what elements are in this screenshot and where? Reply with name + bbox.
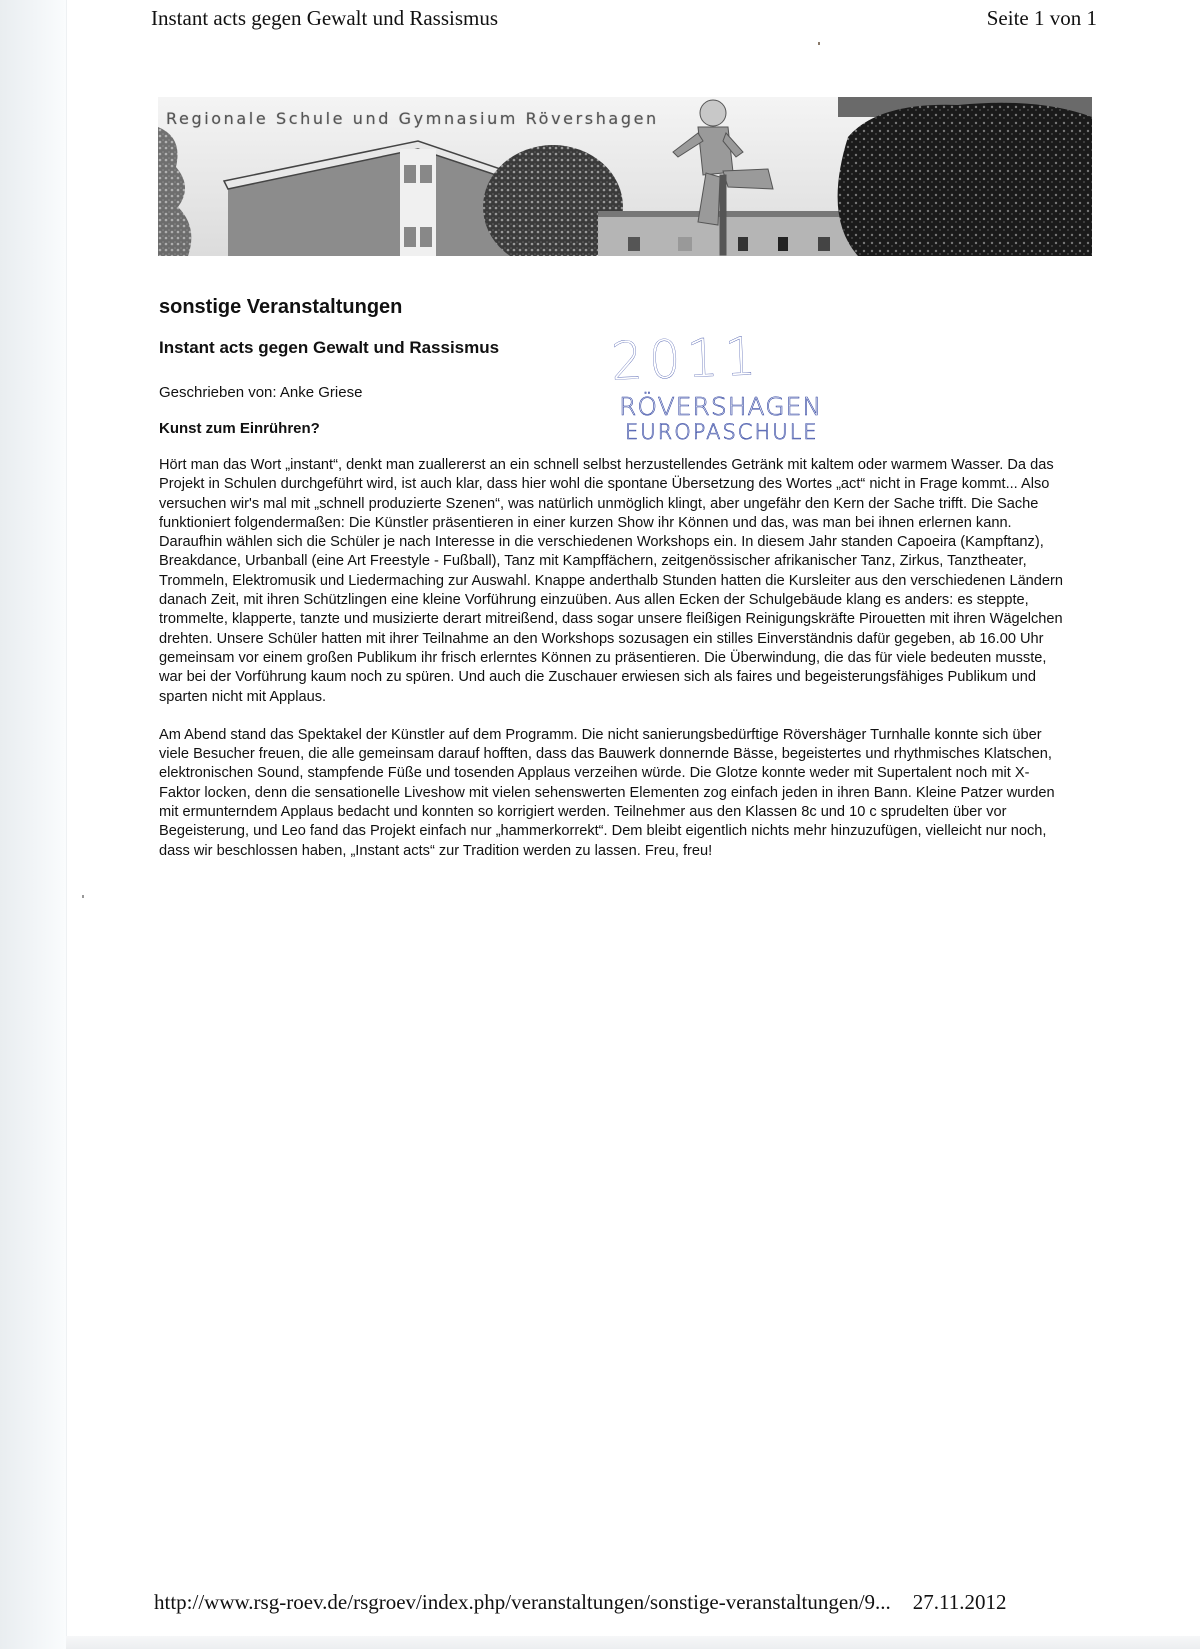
article-body: Hört man das Wort „instant“, denkt man z…	[159, 456, 1069, 880]
source-url: http://www.rsg-roev.de/rsgroev/index.php…	[154, 1590, 891, 1615]
article-lead: Kunst zum Einrühren?	[159, 420, 320, 437]
print-header-title: Instant acts gegen Gewalt und Rassismus	[151, 6, 498, 31]
scan-bottom-edge	[66, 1636, 1200, 1649]
handwritten-annotation: 2011 RÖVERSHAGEN EUROPASCHULE	[605, 330, 885, 448]
handwritten-year: 2011	[610, 326, 763, 392]
handwritten-location: RÖVERSHAGEN	[619, 392, 822, 421]
print-date: 27.11.2012	[913, 1590, 1007, 1615]
article-byline: Geschrieben von: Anke Griese	[159, 384, 362, 401]
scan-speck	[818, 42, 820, 45]
site-name: Regionale Schule und Gymnasium Rövershag…	[166, 109, 659, 128]
article-paragraph: Hört man das Wort „instant“, denkt man z…	[159, 456, 1069, 707]
article-title: Instant acts gegen Gewalt und Rassismus	[159, 338, 499, 358]
scan-speck	[82, 895, 84, 898]
site-banner: Regionale Schule und Gymnasium Rövershag…	[158, 97, 1092, 256]
article-paragraph: Am Abend stand das Spektakel der Künstle…	[159, 726, 1069, 861]
handwritten-school-label: EUROPASCHULE	[625, 420, 819, 444]
print-footer: http://www.rsg-roev.de/rsgroev/index.php…	[154, 1590, 1007, 1615]
scan-left-edge	[0, 0, 67, 1649]
page-indicator: Seite 1 von 1	[987, 6, 1097, 31]
print-header: Instant acts gegen Gewalt und Rassismus …	[151, 6, 1097, 31]
section-title: sonstige Veranstaltungen	[159, 296, 402, 319]
